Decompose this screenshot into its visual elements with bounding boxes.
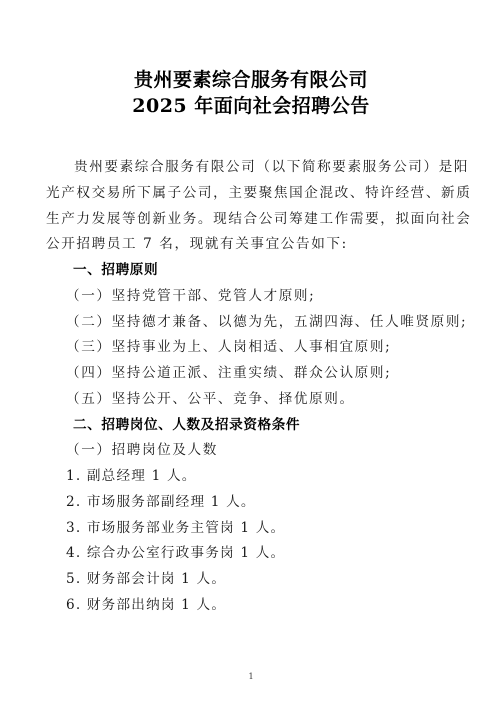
section-heading-positions-and-qualifications: 二、招聘岗位、人数及招录资格条件 (73, 415, 300, 435)
intro-paragraph-line-4: 公开招聘员工 7 名，现就有关事宜公告如下: (46, 234, 438, 254)
principle-item-3: （三）坚持事业为上、人岗相适、人事相宜原则; (66, 337, 391, 357)
principle-item-4: （四）坚持公道正派、注重实绩、群众公认原则; (66, 363, 391, 383)
principle-item-1: （一）坚持党管干部、党管人才原则; (66, 286, 315, 306)
subsection-heading-positions-count: （一）招聘岗位及人数 (66, 440, 218, 460)
document-title-company: 贵州要素综合服务有限公司 (0, 68, 502, 92)
position-item-4: 4. 综合办公室行政事务岗 1 人。 (66, 543, 285, 563)
intro-paragraph-line-3: 生产力发展等创新业务。现结合公司筹建工作需要，拟面向社会 (46, 209, 438, 229)
intro-paragraph-line-1: 贵州要素综合服务有限公司（以下简称要素服务公司）是阳 (74, 157, 466, 177)
principle-item-5: （五）坚持公开、公平、竞争、择优原则。 (66, 389, 355, 409)
position-item-3: 3. 市场服务部业务主管岗 1 人。 (66, 518, 285, 538)
page-number: 1 (0, 672, 502, 682)
position-item-1: 1. 副总经理 1 人。 (66, 466, 197, 486)
document-page: 贵州要素综合服务有限公司 2025 年面向社会招聘公告 贵州要素综合服务有限公司… (0, 0, 502, 716)
intro-paragraph-line-2: 光产权交易所下属子公司，主要聚焦国企混改、特许经营、新质 (46, 183, 438, 203)
principle-item-2: （二）坚持德才兼备、以德为先，五湖四海、任人唯贤原则; (66, 312, 467, 332)
document-title-announcement: 2025 年面向社会招聘公告 (0, 94, 502, 118)
section-heading-recruitment-principles: 一、招聘原则 (73, 260, 158, 280)
position-item-5: 5. 财务部会计岗 1 人。 (66, 569, 226, 589)
position-item-6: 6. 财务部出纳岗 1 人。 (66, 595, 226, 615)
position-item-2: 2. 市场服务部副经理 1 人。 (66, 492, 256, 512)
